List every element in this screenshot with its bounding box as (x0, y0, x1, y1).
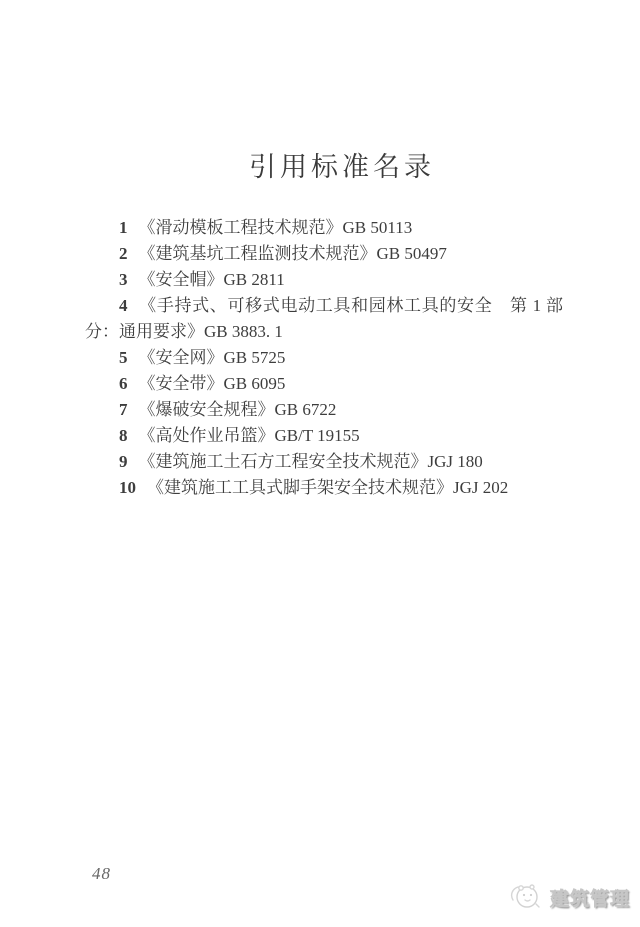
list-item: 1《滑动模板工程技术规范》GB 50113 (85, 215, 563, 241)
document-page: 引用标准名录 1《滑动模板工程技术规范》GB 50113 2《建筑基坑工程监测技… (0, 0, 640, 927)
list-item: 4《手持式、可移式电动工具和园林工具的安全 第 1 部分：通用要求》GB 388… (85, 293, 563, 345)
mascot-logo-icon (508, 879, 546, 915)
item-text: 《安全网》GB 5725 (139, 348, 286, 367)
item-number: 3 (119, 270, 128, 289)
item-text: 《高处作业吊篮》GB/T 19155 (139, 426, 360, 445)
item-number: 6 (119, 374, 128, 393)
list-item: 7《爆破安全规程》GB 6722 (85, 397, 563, 423)
page-number: 48 (92, 864, 111, 884)
item-number: 4 (119, 296, 128, 315)
item-number: 1 (119, 218, 128, 237)
watermark-label: 建筑管理 (550, 884, 634, 911)
item-number: 2 (119, 244, 128, 263)
item-number: 5 (119, 348, 128, 367)
standards-list: 1《滑动模板工程技术规范》GB 50113 2《建筑基坑工程监测技术规范》GB … (85, 215, 563, 501)
list-item: 9《建筑施工土石方工程安全技术规范》JGJ 180 (85, 449, 563, 475)
item-text: 《手持式、可移式电动工具和园林工具的安全 第 1 部分：通用要求》GB 3883… (85, 296, 563, 341)
list-item: 6《安全带》GB 6095 (85, 371, 563, 397)
item-number: 9 (119, 452, 128, 471)
list-item: 2《建筑基坑工程监测技术规范》GB 50497 (85, 241, 563, 267)
item-number: 10 (119, 478, 136, 497)
item-text: 《建筑基坑工程监测技术规范》GB 50497 (139, 244, 447, 263)
item-number: 7 (119, 400, 128, 419)
item-text: 《滑动模板工程技术规范》GB 50113 (139, 218, 413, 237)
item-text: 《建筑施工工具式脚手架安全技术规范》JGJ 202 (147, 478, 508, 497)
list-item: 8《高处作业吊篮》GB/T 19155 (85, 423, 563, 449)
list-item: 3《安全帽》GB 2811 (85, 267, 563, 293)
list-item: 10《建筑施工工具式脚手架安全技术规范》JGJ 202 (85, 475, 563, 501)
item-text: 《安全帽》GB 2811 (139, 270, 285, 289)
page-title: 引用标准名录 (22, 0, 640, 184)
item-text: 《爆破安全规程》GB 6722 (139, 400, 337, 419)
item-text: 《安全带》GB 6095 (139, 374, 286, 393)
item-number: 8 (119, 426, 128, 445)
watermark: 建筑管理 (508, 879, 634, 915)
list-item: 5《安全网》GB 5725 (85, 345, 563, 371)
item-text: 《建筑施工土石方工程安全技术规范》JGJ 180 (139, 452, 483, 471)
